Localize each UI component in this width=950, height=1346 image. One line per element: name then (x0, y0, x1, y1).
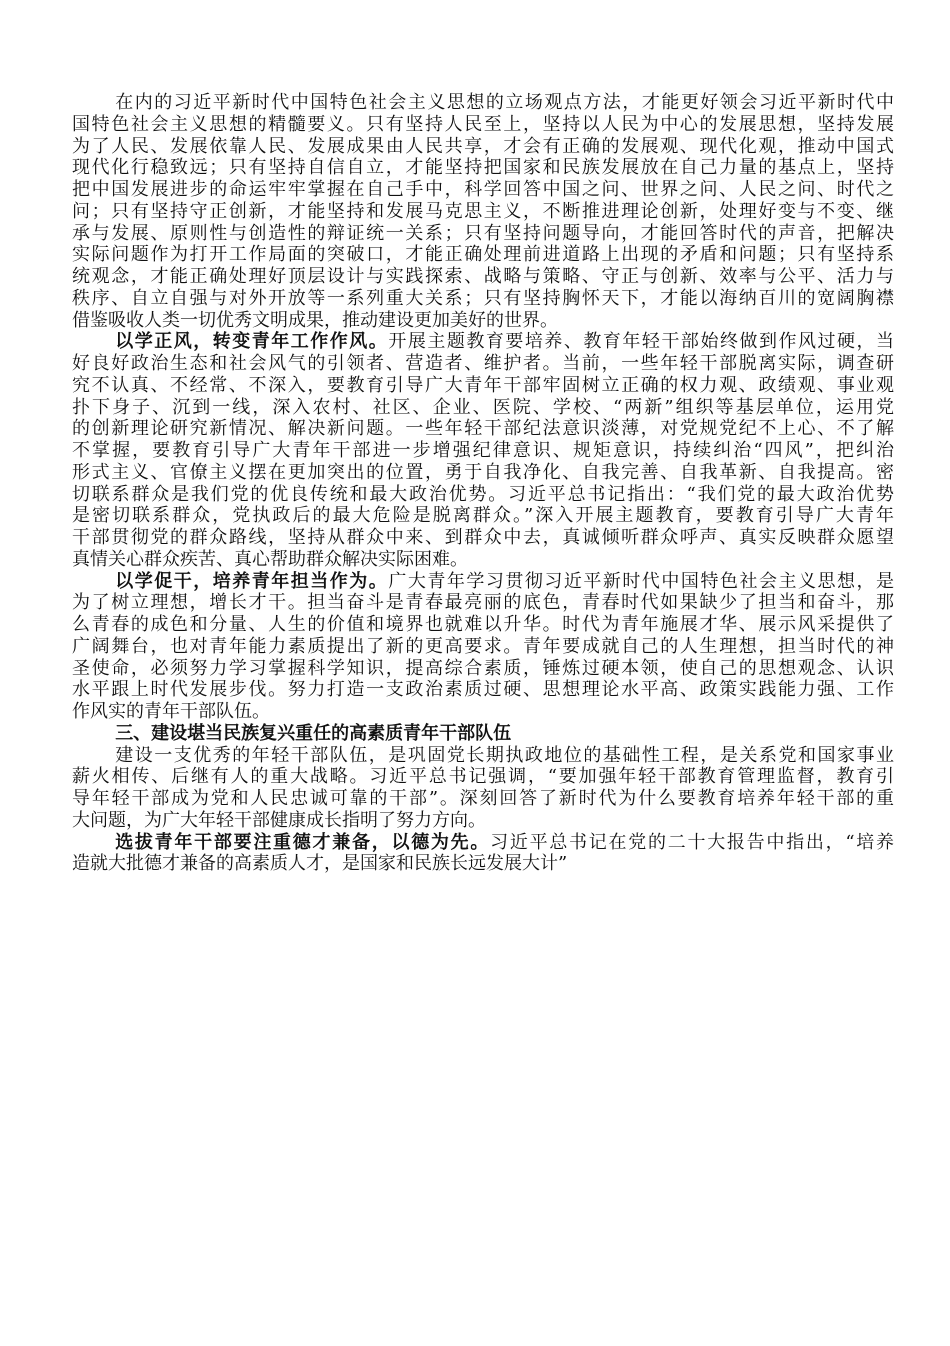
document-page: 在内的习近平新时代中国特色社会主义思想的立场观点方法，才能更好领会习近平新时代中… (72, 92, 894, 875)
text-line: 真情关心群众疾苦、真心帮助群众解决实际困难。 (72, 549, 894, 571)
text-line: 的创新理论研究新情况、解决新问题。一些年轻干部纪法意识淡薄，对党规党纪不上心、不… (72, 418, 894, 440)
text-run: 习近平总书记在党的二十大报告中指出，“培养 (490, 832, 894, 853)
text-line: 借鉴吸收人类一切优秀文明成果，推动建设更加美好的世界。 (72, 310, 894, 332)
text-line: 以学正风，转变青年工作作风。开展主题教育要培养、教育年轻干部始终做到作风过硬，当 (72, 331, 894, 353)
text-line: 好良好政治生态和社会风气的引领者、营造者、维护者。当前，一些年轻干部脱离实际，调… (72, 353, 894, 375)
paragraph-lead-bold: 以学促干，培养青年担当作为。 (115, 571, 388, 592)
paragraph-responsibility: 以学促干，培养青年担当作为。广大青年学习贯彻习近平新时代中国特色社会主义思想，是… (72, 571, 894, 723)
text-line: 导年轻干部成为党和人民忠诚可靠的干部”。深刻回答了新时代为什么要教育培养年轻干部… (72, 788, 894, 810)
paragraph-lead-bold: 选拔青年干部要注重德才兼备，以德为先。 (115, 832, 490, 853)
text-line: 广阔舞台，也对青年能力素质提出了新的更高要求。青年要成就自己的人生理想，担当时代… (72, 636, 894, 658)
text-line: 承与发展、原则性与创造性的辩证统一关系；只有坚持问题导向，才能回答时代的声音，把… (72, 223, 894, 245)
text-line: 在内的习近平新时代中国特色社会主义思想的立场观点方法，才能更好领会习近平新时代中 (72, 92, 894, 114)
paragraph-ideology: 在内的习近平新时代中国特色社会主义思想的立场观点方法，才能更好领会习近平新时代中… (72, 92, 894, 331)
text-line: 切联系群众是我们党的优良传统和最大政治优势。习近平总书记指出：“我们党的最大政治… (72, 484, 894, 506)
text-line: 为了人民、发展依靠人民、发展成果由人民共享，才会有正确的发展观、现代化观，推动中… (72, 136, 894, 158)
paragraph-cadre-building: 建设一支优秀的年轻干部队伍，是巩固党长期执政地位的基础性工程，是关系党和国家事业… (72, 745, 894, 832)
text-line: 国特色社会主义思想的精髓要义。只有坚持人民至上，坚持以人民为中心的发展思想，坚持… (72, 114, 894, 136)
section-heading: 三、建设堪当民族复兴重任的高素质青年干部队伍 (72, 723, 894, 745)
text-line: 建设一支优秀的年轻干部队伍，是巩固党长期执政地位的基础性工程，是关系党和国家事业 (72, 745, 894, 767)
text-line: 水平跟上时代发展步伐。努力打造一支政治素质过硬、思想理论水平高、政策实践能力强、… (72, 679, 894, 701)
text-line: 把中国发展进步的命运牢牢掌握在自己手中，科学回答中国之问、世界之问、人民之问、时… (72, 179, 894, 201)
paragraph-style-correction: 以学正风，转变青年工作作风。开展主题教育要培养、教育年轻干部始终做到作风过硬，当… (72, 331, 894, 570)
text-run: 广大青年学习贯彻习近平新时代中国特色社会主义思想，是 (388, 571, 894, 592)
text-line: 不掌握，要教育引导广大青年干部进一步增强纪律意识、规矩意识，持续纠治“四风”，把… (72, 440, 894, 462)
text-line: 扑下身子、沉到一线，深入农村、社区、企业、医院、学校、“两新”组织等基层单位，运… (72, 397, 894, 419)
text-line: 作风实的青年干部队伍。 (72, 701, 894, 723)
text-line: 统观念，才能正确处理好顶层设计与实践探索、战略与策略、守正与创新、效率与公平、活… (72, 266, 894, 288)
text-line: 造就大批德才兼备的高素质人才，是国家和民族长远发展大计” (72, 853, 894, 875)
text-line: 问；只有坚持守正创新，才能坚持和发展马克思主义，不断推进理论创新，处理好变与不变… (72, 201, 894, 223)
paragraph-lead-bold: 以学正风，转变青年工作作风。 (115, 331, 388, 352)
text-line: 究不认真、不经常、不深入，要教育引导广大青年干部牢固树立正确的权力观、政绩观、事… (72, 375, 894, 397)
text-line: 现代化行稳致远；只有坚持自信自立，才能坚持把国家和民族发展放在自己力量的基点上，… (72, 157, 894, 179)
text-line: 圣使命，必须努力学习掌握科学知识，提高综合素质，锤炼过硬本领，使自己的思想观念、… (72, 658, 894, 680)
text-run: 开展主题教育要培养、教育年轻干部始终做到作风过硬，当 (388, 331, 894, 352)
text-line: 大问题，为广大年轻干部健康成长指明了努力方向。 (72, 810, 894, 832)
text-line: 选拔青年干部要注重德才兼备，以德为先。习近平总书记在党的二十大报告中指出，“培养 (72, 832, 894, 854)
text-line: 么青春的成色和分量、人生的价值和境界也就难以升华。时代为青年施展才华、展示风采提… (72, 614, 894, 636)
text-line: 实际问题作为打开工作局面的突破口，才能正确处理前进道路上出现的矛盾和问题；只有坚… (72, 244, 894, 266)
text-line: 为了树立理想，增长才干。担当奋斗是青春最亮丽的底色，青春时代如果缺少了担当和奋斗… (72, 592, 894, 614)
text-line: 薪火相传、后继有人的重大战略。习近平总书记强调，“要加强年轻干部教育管理监督，教… (72, 766, 894, 788)
text-line: 形式主义、官僚主义摆在更加突出的位置，勇于自我净化、自我完善、自我革新、自我提高… (72, 462, 894, 484)
paragraph-selection: 选拔青年干部要注重德才兼备，以德为先。习近平总书记在党的二十大报告中指出，“培养… (72, 832, 894, 876)
text-line: 以学促干，培养青年担当作为。广大青年学习贯彻习近平新时代中国特色社会主义思想，是 (72, 571, 894, 593)
text-line: 秩序、自立自强与对外开放等一系列重大关系；只有坚持胸怀天下，才能以海纳百川的宽阔… (72, 288, 894, 310)
text-line: 干部贯彻党的群众路线，坚持从群众中来、到群众中去，真诚倾听群众呼声、真实反映群众… (72, 527, 894, 549)
text-line: 是密切联系群众，党执政后的最大危险是脱离群众。”深入开展主题教育，要教育引导广大… (72, 505, 894, 527)
section-heading-text: 三、建设堪当民族复兴重任的高素质青年干部队伍 (72, 723, 894, 745)
